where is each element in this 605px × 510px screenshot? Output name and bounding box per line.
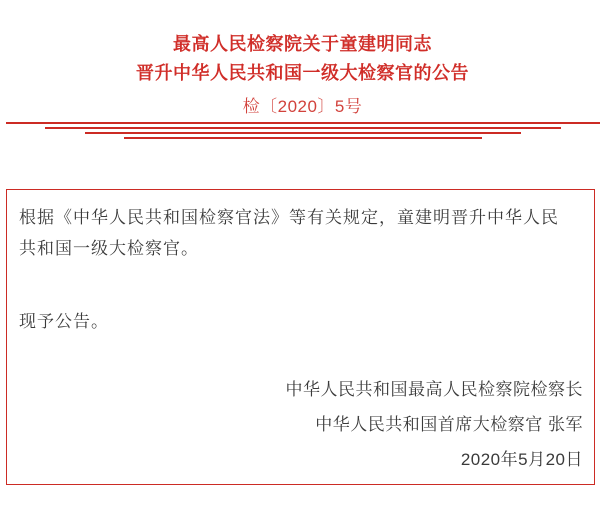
decorative-divider	[0, 122, 605, 139]
signature-issuer-title: 中华人民共和国最高人民检察院检察长	[19, 372, 583, 407]
body-paragraph-main: 根据《中华人民共和国检察官法》等有关规定，童建明晋升中华人民共和国一级大检察官。	[19, 202, 575, 264]
title-line-2: 晋升中华人民共和国一级大检察官的公告	[0, 59, 605, 88]
announcement-body-box: 根据《中华人民共和国检察官法》等有关规定，童建明晋升中华人民共和国一级大检察官。…	[6, 189, 595, 485]
body-paragraph-notice: 现予公告。	[19, 306, 583, 337]
document-number: 检〔2020〕5号	[0, 95, 605, 119]
signature-issuer-name: 中华人民共和国首席大检察官 张军	[19, 407, 583, 442]
divider-line-3	[85, 132, 521, 134]
divider-line-1	[6, 122, 600, 124]
announcement-page: 最高人民检察院关于童建明同志 晋升中华人民共和国一级大检察官的公告 检〔2020…	[0, 0, 605, 510]
document-header: 最高人民检察院关于童建明同志 晋升中华人民共和国一级大检察官的公告 检〔2020…	[0, 0, 605, 139]
document-title: 最高人民检察院关于童建明同志 晋升中华人民共和国一级大检察官的公告	[0, 0, 605, 88]
divider-line-2	[45, 127, 561, 129]
signature-block: 中华人民共和国最高人民检察院检察长 中华人民共和国首席大检察官 张军 2020年…	[19, 372, 583, 477]
signature-date: 2020年5月20日	[19, 442, 583, 477]
divider-line-4	[124, 137, 482, 139]
title-line-1: 最高人民检察院关于童建明同志	[0, 30, 605, 59]
